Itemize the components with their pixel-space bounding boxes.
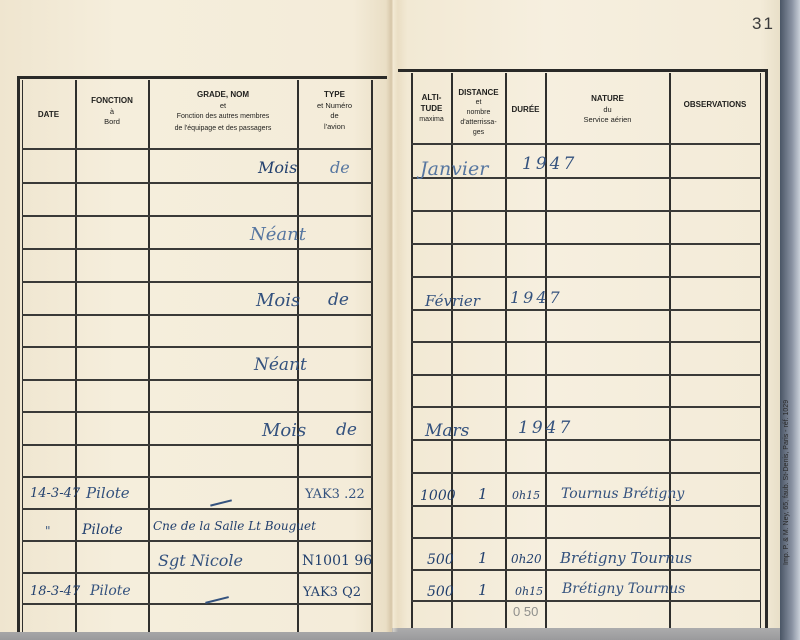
flight-duration: 0h20: [511, 552, 542, 566]
header-distance: DISTANCE et nombre d'atterrissa- ges: [452, 88, 505, 137]
flight-nature: Brétigny Tournus: [562, 581, 685, 597]
flight-aircraft: YAK3 Q2: [303, 585, 361, 600]
header-date: DATE: [22, 110, 75, 121]
month-name: Février: [425, 292, 480, 310]
flight-altitude: 1000: [420, 488, 456, 504]
month-name: Janvier: [420, 158, 488, 180]
flight-fonction: Pilote: [86, 484, 130, 502]
header-duree: DURÉE: [506, 105, 545, 116]
flight-altitude: 500: [427, 552, 454, 568]
page-number: 31: [752, 14, 775, 34]
month-year: 1947: [518, 418, 573, 438]
month-note: Néant: [250, 224, 306, 245]
flight-aircraft: YAK3 .22: [305, 487, 365, 502]
month-prefix: Mois: [256, 290, 300, 311]
flight-duration: 0h15: [515, 585, 543, 598]
printer-imprint: Imp. P. & M. Ney, 65, faub. St-Denis, Pa…: [783, 400, 790, 565]
header-grade-nom: GRADE, NOM et Fonction des autres membre…: [149, 90, 297, 134]
flight-date: 14-3-47: [30, 486, 80, 501]
flight-crew-2: Sgt Nicole: [158, 551, 243, 570]
month-de: de: [328, 290, 349, 310]
flight-landings: 1: [478, 581, 488, 599]
book-gutter: [386, 0, 398, 632]
flight-nature: Tournus Brétigny: [561, 486, 684, 502]
flight-date: 18-3-47: [30, 584, 80, 599]
month-prefix: Mois: [262, 420, 306, 441]
flight-crew: Cne de la Salle Lt Bouguet: [153, 519, 316, 533]
month-year: 1947: [510, 288, 563, 307]
month-note: Néant: [254, 355, 307, 375]
duration-total: 0 50: [513, 604, 538, 619]
month-name: Mars: [425, 421, 469, 441]
header-altitude: ALTI- TUDE maxima: [412, 93, 451, 126]
flight-duration: 0h15: [512, 489, 540, 502]
flight-fonction: Pilote: [90, 583, 131, 599]
header-observations: OBSERVATIONS: [670, 100, 760, 111]
flight-landings: 1: [478, 549, 488, 567]
month-prefix: Mois: [258, 158, 297, 177]
flight-altitude: 500: [427, 584, 454, 600]
month-year: 1947: [522, 154, 577, 174]
header-nature: NATURE du Service aérien: [546, 94, 669, 126]
flight-date: ": [45, 524, 51, 538]
flight-nature: Brétigny Tournus: [560, 549, 692, 567]
flight-aircraft: N1001 96: [302, 553, 372, 569]
flight-fonction: Pilote: [82, 522, 123, 538]
month-de: de: [336, 420, 357, 440]
month-de: de: [330, 158, 350, 177]
flight-landings: 1: [478, 485, 488, 503]
header-type-avion: TYPE et Numéro de l'avion: [298, 90, 371, 132]
header-fonction: FONCTION à Bord: [76, 96, 148, 128]
